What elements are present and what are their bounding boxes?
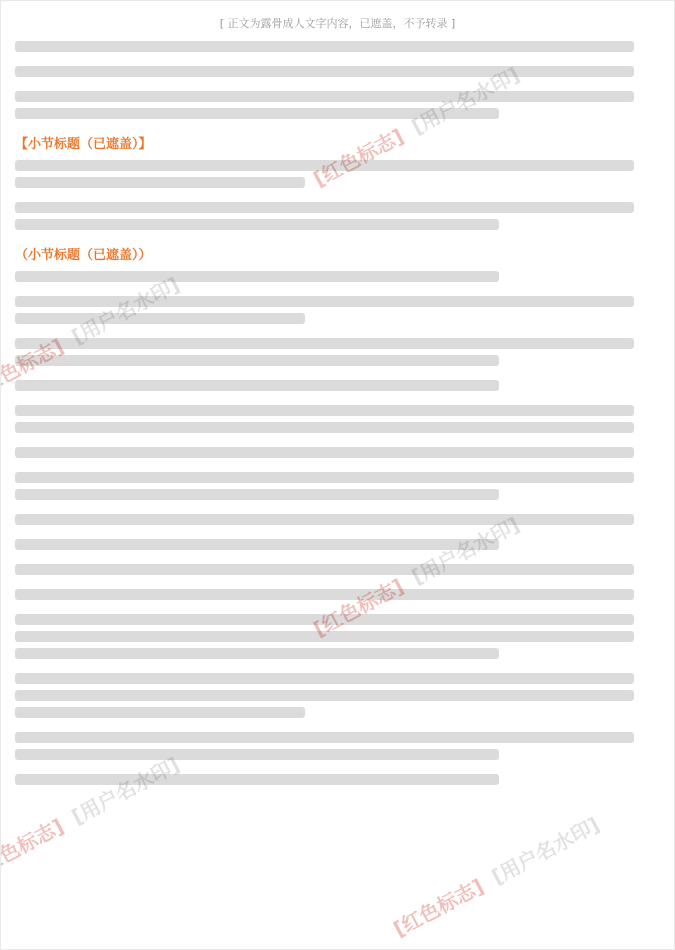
redacted-text-line — [15, 219, 499, 230]
redacted-text-line — [15, 514, 634, 525]
redacted-paragraph — [15, 472, 660, 500]
redacted-paragraph — [15, 380, 660, 391]
redacted-text-line — [15, 422, 634, 433]
redacted-paragraph — [15, 774, 660, 785]
redacted-paragraph — [15, 447, 660, 458]
redacted-text-line — [15, 160, 634, 171]
redacted-text-line — [15, 177, 305, 188]
redacted-paragraph — [15, 91, 660, 119]
redacted-text-line — [15, 296, 634, 307]
redacted-text-line — [15, 774, 499, 785]
document-page: [红色标志] [用户名水印] [红色标志] [用户名水印] [红色标志] [用户… — [0, 0, 675, 950]
redacted-text-line — [15, 91, 634, 102]
redacted-paragraph — [15, 673, 660, 718]
section-header: （小节标题（已遮盖）） — [15, 244, 660, 263]
redacted-paragraph — [15, 271, 660, 282]
redacted-paragraph — [15, 564, 660, 575]
paragraph-list: 【小节标题（已遮盖）】（小节标题（已遮盖）） — [15, 41, 660, 785]
redacted-paragraph — [15, 732, 660, 760]
redacted-text-line — [15, 707, 305, 718]
section-header: 【小节标题（已遮盖）】 — [15, 133, 660, 152]
redacted-text-line — [15, 589, 634, 600]
watermark-logo: [红色标志] — [0, 814, 68, 881]
redacted-text-line — [15, 614, 634, 625]
redacted-paragraph — [15, 338, 660, 366]
redacted-paragraph — [15, 614, 660, 659]
redacted-paragraph — [15, 589, 660, 600]
redacted-text-line — [15, 108, 499, 119]
redacted-text-line — [15, 472, 634, 483]
redacted-text-line — [15, 41, 634, 52]
redacted-paragraph — [15, 514, 660, 525]
redacted-paragraph — [15, 41, 660, 52]
document-content: [ 正文为露骨成人文字内容，已遮盖，不予转录 ] 【小节标题（已遮盖）】（小节标… — [1, 1, 674, 809]
redacted-paragraph — [15, 405, 660, 433]
redacted-text-line — [15, 648, 499, 659]
redacted-text-line — [15, 447, 634, 458]
redacted-text-line — [15, 564, 634, 575]
redacted-text-line — [15, 380, 499, 391]
redacted-text-line — [15, 489, 499, 500]
watermark: [红色标志] [用户名水印] — [388, 809, 604, 942]
redacted-text-line — [15, 313, 305, 324]
redacted-text-line — [15, 338, 634, 349]
redacted-text-line — [15, 673, 634, 684]
redacted-text-line — [15, 749, 499, 760]
watermark-handle: [用户名水印] — [488, 812, 604, 889]
redacted-paragraph — [15, 202, 660, 230]
redacted-paragraph — [15, 160, 660, 188]
redaction-note: [ 正文为露骨成人文字内容，已遮盖，不予转录 ] — [15, 11, 660, 41]
redacted-text-line — [15, 405, 634, 416]
redacted-text-line — [15, 539, 499, 550]
watermark-logo: [红色标志] — [390, 874, 488, 941]
redacted-paragraph — [15, 296, 660, 324]
redacted-text-line — [15, 202, 634, 213]
redacted-paragraph — [15, 66, 660, 77]
redacted-text-line — [15, 631, 634, 642]
redacted-text-line — [15, 271, 499, 282]
redacted-text-line — [15, 355, 499, 366]
redacted-text-line — [15, 732, 634, 743]
redacted-text-line — [15, 66, 634, 77]
redacted-paragraph — [15, 539, 660, 550]
redacted-text-line — [15, 690, 634, 701]
